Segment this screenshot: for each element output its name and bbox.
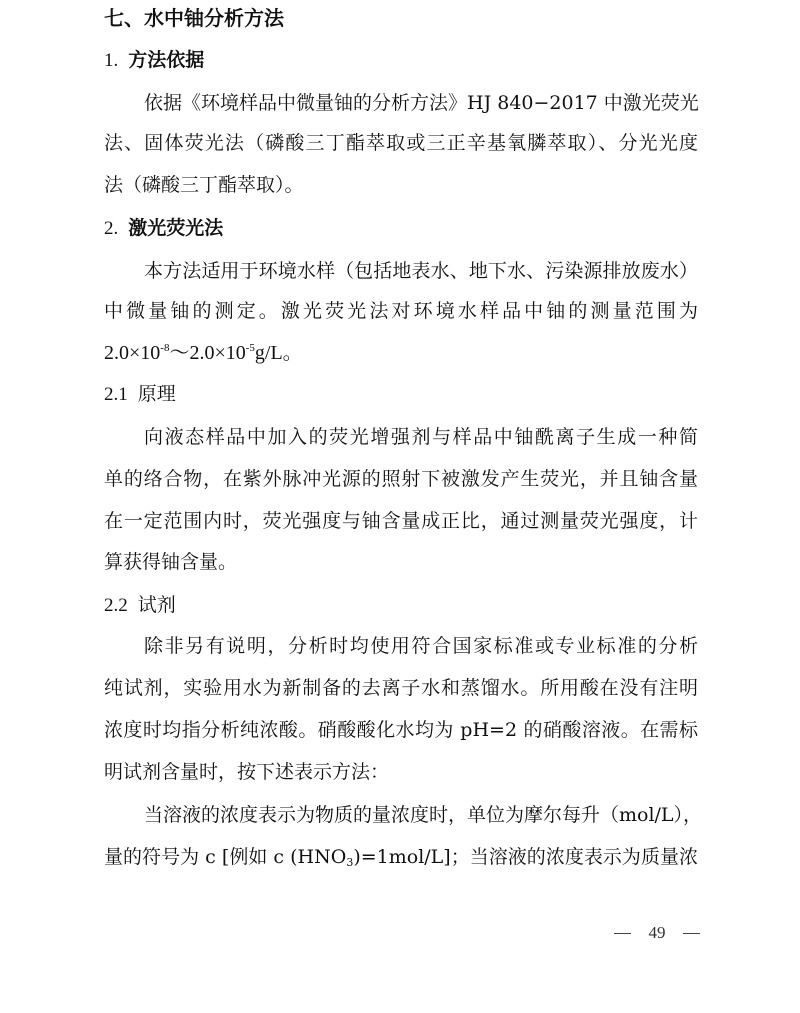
paragraph-line: 除非另有说明，分析时均使用符合国家标准或专业标准的分析 xyxy=(104,625,698,667)
page-number: 49 xyxy=(649,923,666,943)
paragraph-line: 明试剂含量时，按下述表示方法： xyxy=(104,751,698,793)
paragraph-line: 法、固体荧光法（磷酸三丁酯萃取或三正辛基氧膦萃取）、分光光度 xyxy=(104,122,698,164)
heading-text: 方法依据 xyxy=(128,49,204,71)
paragraph-line: 中微量铀的测定。激光荧光法对环境水样品中铀的测量范围为 xyxy=(104,290,698,332)
heading-number: 2.1 xyxy=(104,384,128,405)
paragraph-line: 依据《环境样品中微量铀的分析方法》HJ 840−2017 中激光荧光 xyxy=(104,82,698,124)
paragraph-line: 向液态样品中加入的荧光增强剂与样品中铀酰离子生成一种简 xyxy=(104,416,698,458)
heading-number: 1. xyxy=(104,50,118,71)
heading-1: 1.方法依据 xyxy=(104,39,698,81)
section-title: 七、水中铀分析方法 xyxy=(104,0,698,39)
paragraph-line: 本方法适用于环境水样（包括地表水、地下水、污染源排放废水） xyxy=(104,250,698,292)
heading-text: 激光荧光法 xyxy=(128,217,223,239)
paragraph-line: 当溶液的浓度表示为物质的量浓度时，单位为摩尔每升（mol/L）， xyxy=(104,794,698,836)
page-footer: 49 xyxy=(614,920,700,946)
paragraph-line: 浓度时均指分析纯浓酸。硝酸酸化水均为 pH=2 的硝酸溶液。在需标 xyxy=(104,709,698,751)
measurement-range: 2.0×10-8～2.0×10-5g/L。 xyxy=(104,332,698,374)
heading-text: 原理 xyxy=(138,383,176,405)
heading-number: 2.2 xyxy=(104,595,128,616)
footer-dash-left xyxy=(614,933,631,934)
paragraph-line: 量的符号为 c [例如 c (HNO3)=1mol/L]；当溶液的浓度表示为质量… xyxy=(104,836,698,878)
heading-2-1: 2.1原理 xyxy=(104,373,698,415)
paragraph-line: 纯试剂，实验用水为新制备的去离子水和蒸馏水。所用酸在没有注明 xyxy=(104,667,698,709)
paragraph-line: 在一定范围内时，荧光强度与铀含量成正比，通过测量荧光强度，计 xyxy=(104,500,698,542)
heading-number: 2. xyxy=(104,218,118,239)
heading-2: 2.激光荧光法 xyxy=(104,207,698,249)
footer-dash-right xyxy=(683,933,700,934)
paragraph-line: 法（磷酸三丁酯萃取）。 xyxy=(104,164,698,206)
heading-2-2: 2.2试剂 xyxy=(104,584,698,626)
paragraph-line: 算获得铀含量。 xyxy=(104,541,698,583)
heading-text: 试剂 xyxy=(138,594,176,616)
paragraph-line: 单的络合物，在紫外脉冲光源的照射下被激发产生荧光，并且铀含量 xyxy=(104,458,698,500)
